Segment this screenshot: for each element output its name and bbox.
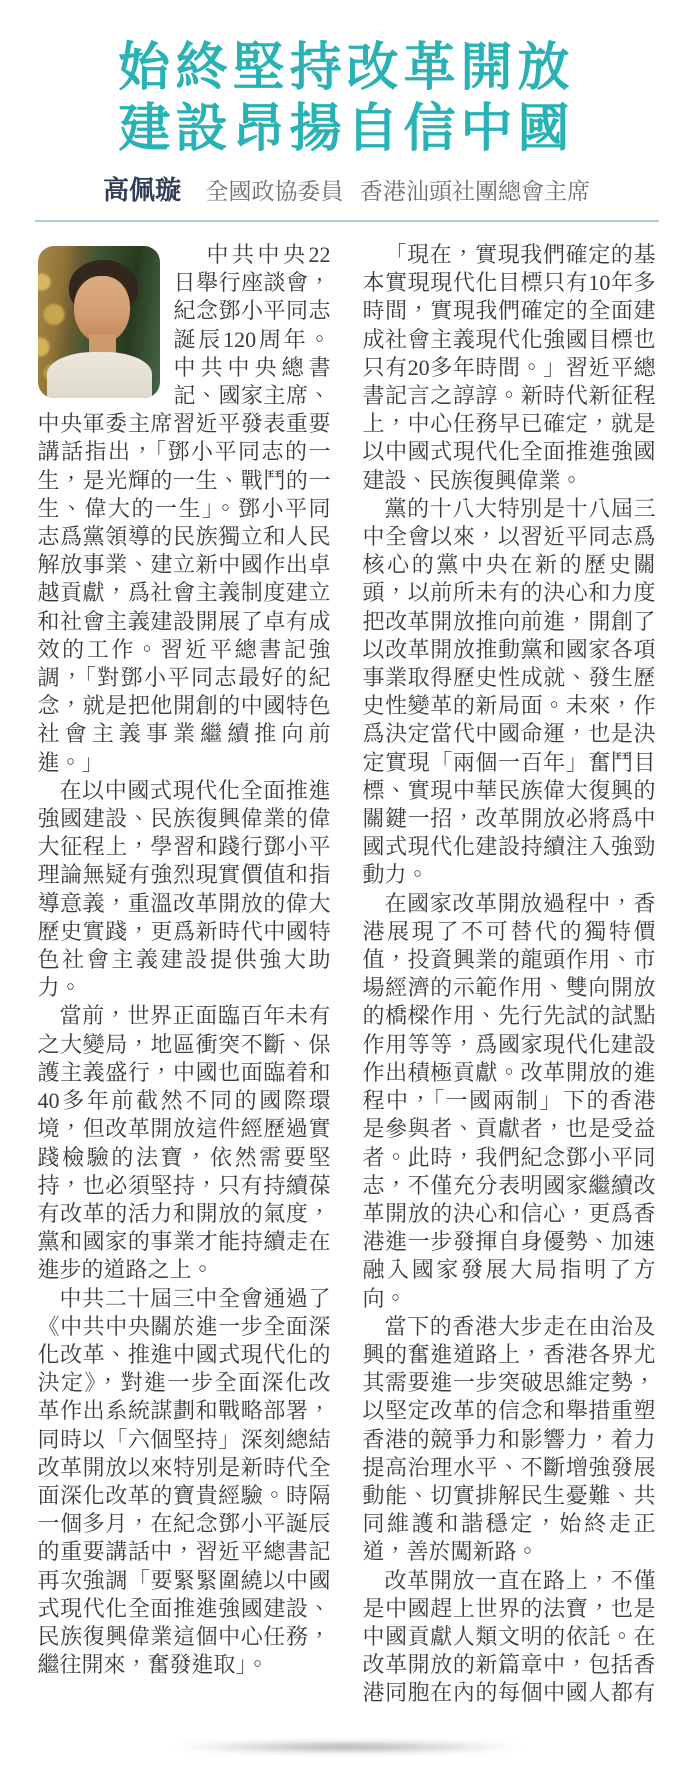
headline-line-1: 始終堅持改革開放 <box>0 38 693 99</box>
headline-line-2: 建設昂揚自信中國 <box>0 99 693 160</box>
paragraph-8: 當下的香港大步走在由治及興的奮進道路上，香港各界尤其需要進一步突破思維定勢，以堅… <box>363 1313 656 1567</box>
byline: 高佩璇 全國政協委員 香港汕頭社團總會主席 <box>0 176 693 209</box>
author-title-1: 全國政協委員 <box>206 178 344 204</box>
paragraph-5: 「現在，實現我們確定的基本實現現代化目標只有10年多時間，實現我們確定的全面建成… <box>363 241 656 495</box>
page-bottom-shadow <box>97 1738 597 1756</box>
author-title-2: 香港汕頭社團總會主席 <box>360 178 590 204</box>
author-portrait-photo <box>38 246 160 398</box>
header-divider <box>35 220 659 222</box>
page-title: 始終堅持改革開放 建設昂揚自信中國 <box>0 0 693 160</box>
paragraph-2: 在以中國式現代化全面推進強國建設、民族復興偉業的偉大征程上，學習和踐行鄧小平理論… <box>38 777 331 1003</box>
article-body: 中共中央22日舉行座談會，紀念鄧小平同志誕辰120周年。中共中央總書記、國家主席… <box>38 241 656 1709</box>
paragraph-4: 中共二十屆三中全會通過了《中共中央關於進一步全面深化改革、推進中國式現代化的決定… <box>38 1285 331 1680</box>
author-name: 高佩璇 <box>103 175 181 205</box>
paragraph-6: 黨的十八大特別是十八屆三中全會以來，以習近平同志爲核心的黨中央在新的歷史關頭，以… <box>363 495 656 890</box>
article-page: 始終堅持改革開放 建設昂揚自信中國 高佩璇 全國政協委員 香港汕頭社團總會主席 … <box>0 0 693 1777</box>
paragraph-3: 當前，世界正面臨百年未有之大變局，地區衝突不斷、保護主義盛行，中國也面臨着和40… <box>38 1002 331 1284</box>
paragraph-7: 在國家改革開放過程中，香港展現了不可替代的獨特價值，投資興業的龍頭作用、市場經濟… <box>363 890 656 1313</box>
portrait-clothing <box>47 352 152 398</box>
